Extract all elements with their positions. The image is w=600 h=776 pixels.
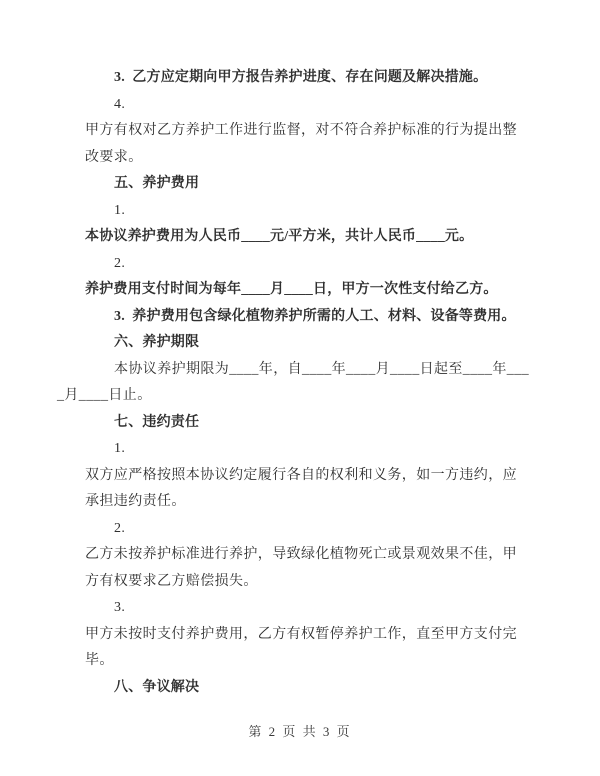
clause-paragraph: _月____日止。: [57, 383, 515, 410]
section-heading: 六、养护期限: [85, 330, 515, 357]
clause-item: 1.: [85, 436, 515, 463]
clause-item: 4.: [85, 92, 515, 119]
section-heading: 五、养护费用: [85, 171, 515, 198]
clause-item: 3. 养护费用包含绿化植物养护所需的人工、材料、设备等费用。: [85, 304, 515, 331]
clause-paragraph: 养护费用支付时间为每年____月____日，甲方一次性支付给乙方。: [85, 277, 515, 304]
clause-item: 本协议养护期限为____年，自____年____月____日起至____年___: [85, 357, 515, 384]
clause-paragraph: 本协议养护费用为人民币____元/平方米，共计人民币____元。: [85, 224, 515, 251]
section-heading: 八、争议解决: [85, 675, 515, 702]
clause-item: 3. 乙方应定期向甲方报告养护进度、存在问题及解决措施。: [85, 65, 515, 92]
clause-paragraph: 乙方未按养护标准进行养护，导致绿化植物死亡或景观效果不佳，甲: [85, 542, 515, 569]
clause-item: 3.: [85, 595, 515, 622]
clause-paragraph: 甲方有权对乙方养护工作进行监督，对不符合养护标准的行为提出整: [85, 118, 515, 145]
section-heading: 七、违约责任: [85, 410, 515, 437]
clause-paragraph: 甲方未按时支付养护费用，乙方有权暂停养护工作，直至甲方支付完: [85, 622, 515, 649]
clause-paragraph: 改要求。: [85, 145, 515, 172]
clause-paragraph: 方有权要求乙方赔偿损失。: [85, 569, 515, 596]
clause-item: 1.: [85, 198, 515, 225]
clause-paragraph: 双方应严格按照本协议约定履行各自的权利和义务，如一方违约，应: [85, 463, 515, 490]
clause-paragraph: 毕。: [85, 648, 515, 675]
document-body: 3. 乙方应定期向甲方报告养护进度、存在问题及解决措施。4.甲方有权对乙方养护工…: [85, 65, 515, 701]
document-page: 3. 乙方应定期向甲方报告养护进度、存在问题及解决措施。4.甲方有权对乙方养护工…: [0, 0, 600, 776]
clause-item: 2.: [85, 516, 515, 543]
page-footer: 第 2 页 共 3 页: [0, 719, 600, 745]
clause-paragraph: 承担违约责任。: [85, 489, 515, 516]
clause-item: 2.: [85, 251, 515, 278]
